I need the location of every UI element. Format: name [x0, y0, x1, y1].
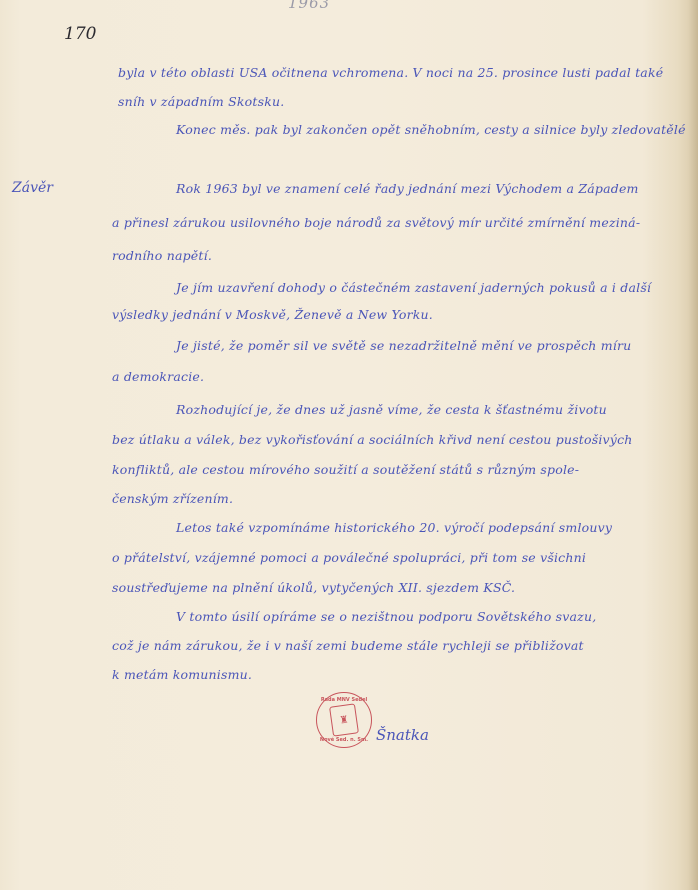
stamp-bottom-text: Nové Sed. n. Sm.: [317, 737, 371, 743]
handwritten-line: sníh v západním Skotsku.: [118, 94, 284, 109]
coat-of-arms-icon: ♜: [329, 703, 359, 736]
handwritten-line: Konec měs. pak byl zakončen opět sněhobn…: [176, 122, 686, 137]
handwritten-line: Rozhodující je, že dnes už jasně víme, ž…: [176, 402, 607, 417]
year-header: 1963: [288, 0, 330, 12]
handwritten-line: a přinesl zárukou usilovného boje národů…: [112, 215, 640, 230]
handwritten-line: výsledky jednání v Moskvě, Ženevě a New …: [112, 307, 433, 322]
handwritten-line: rodního napětí.: [112, 248, 212, 263]
signature: Šnatka: [376, 726, 429, 744]
handwritten-line: Rok 1963 byl ve znamení celé řady jednán…: [176, 181, 639, 196]
handwritten-line: k metám komunismu.: [112, 667, 252, 682]
handwritten-line: Je jím uzavření dohody o částečném zasta…: [176, 280, 651, 295]
handwritten-line: Je jisté, že poměr sil ve světě se nezad…: [176, 338, 631, 353]
page-number: 170: [64, 24, 96, 44]
handwritten-line: V tomto úsilí opíráme se o nezištnou pod…: [176, 609, 596, 624]
official-stamp: Rada MNV Sedel ♜ Nové Sed. n. Sm.: [316, 692, 372, 748]
handwritten-line: což je nám zárukou, že i v naší zemi bud…: [112, 638, 584, 653]
handwritten-line: konfliktů, ale cestou mírového soužití a…: [112, 462, 579, 477]
handwritten-line: byla v této oblasti USA očitnena vchrome…: [118, 65, 663, 80]
handwritten-line: a demokracie.: [112, 369, 204, 384]
page-edge-shadow: [688, 0, 698, 890]
section-margin-label: Závěr: [12, 180, 53, 196]
handwritten-line: čenským zřízením.: [112, 491, 233, 506]
handwritten-line: soustřeďujeme na plnění úkolů, vytyčenýc…: [112, 580, 515, 595]
handwritten-line: bez útlaku a válek, bez vykořisťování a …: [112, 432, 633, 447]
stamp-top-text: Rada MNV Sedel: [317, 697, 371, 703]
handwritten-line: o přátelství, vzájemné pomoci a poválečn…: [112, 550, 586, 565]
handwritten-line: Letos také vzpomínáme historického 20. v…: [176, 520, 612, 535]
